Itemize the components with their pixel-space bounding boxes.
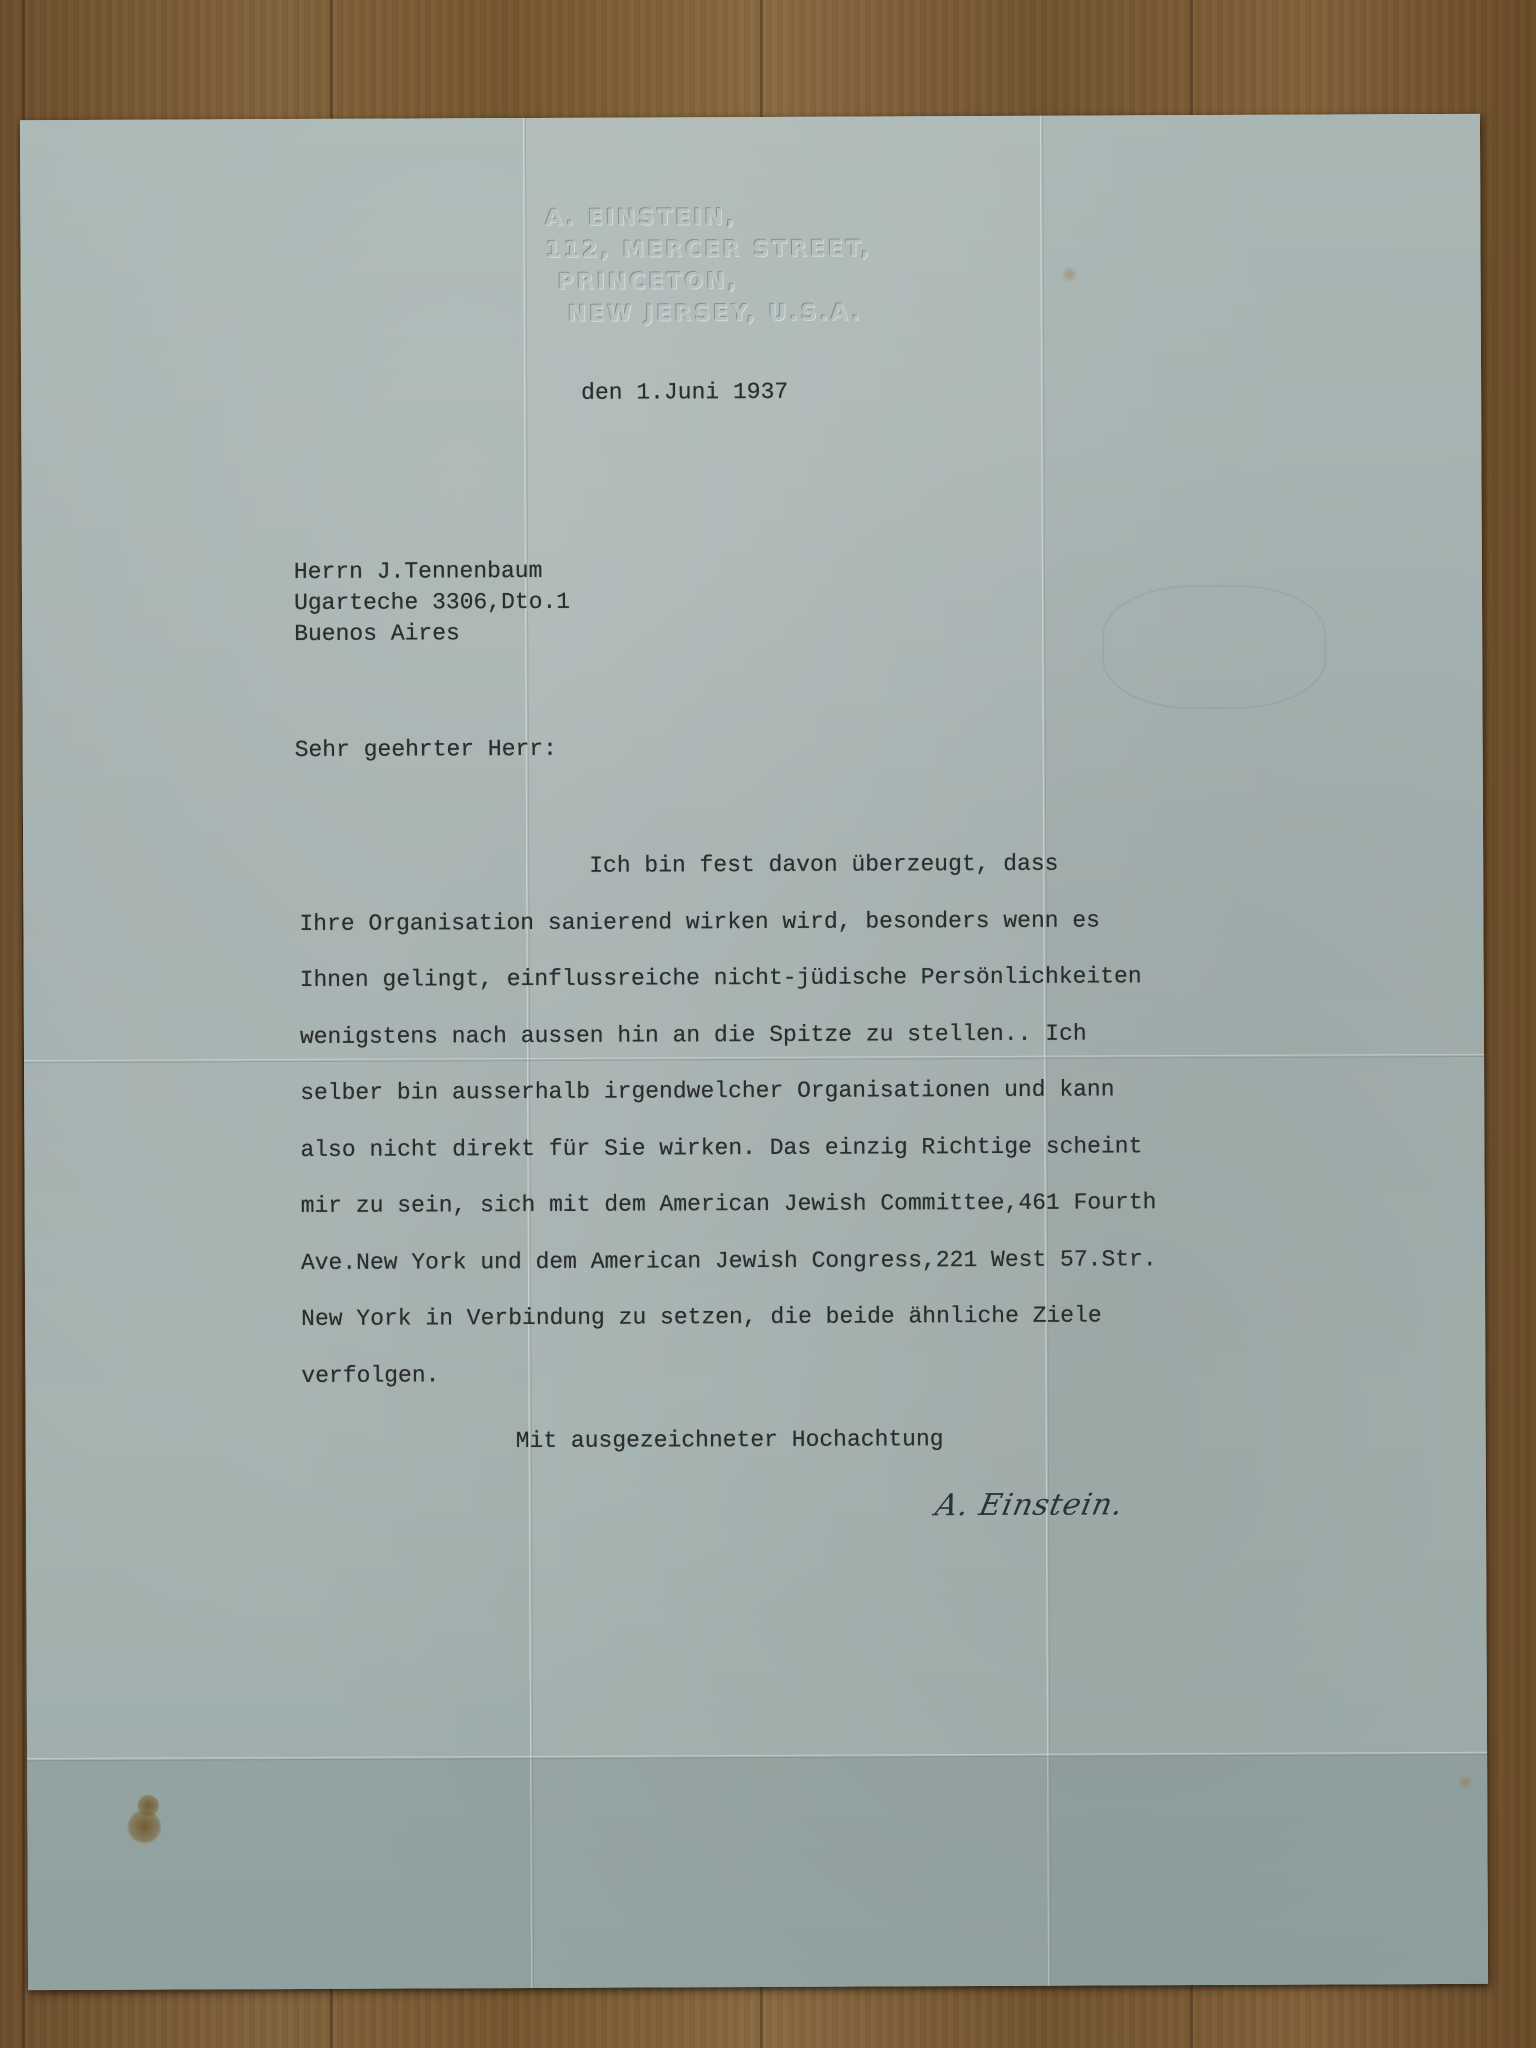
foxing-spot — [1457, 1774, 1473, 1790]
body-line: Ihnen gelingt, einflussreiche nicht-jüdi… — [300, 948, 1156, 1008]
stain-spot — [137, 1795, 159, 1817]
body-line: New York in Verbindung zu setzen, die be… — [301, 1287, 1157, 1347]
recipient-address: Herrn J.Tennenbaum Ugarteche 3306,Dto.1 … — [294, 556, 570, 650]
letter-sheet: A. EINSTEIN, 112, MERCER STREET, PRINCET… — [20, 114, 1488, 1990]
body-line: verfolgen. — [301, 1344, 1157, 1404]
body-line: Ave.New York und dem American Jewish Con… — [301, 1231, 1157, 1291]
recipient-name: Herrn J.Tennenbaum — [294, 556, 570, 588]
recipient-city: Buenos Aires — [294, 618, 570, 650]
body-line: Ihre Organisation sanierend wirken wird,… — [299, 892, 1155, 952]
salutation: Sehr geehrter Herr: — [295, 736, 557, 763]
recipient-street: Ugarteche 3306,Dto.1 — [294, 587, 570, 619]
letterhead-state-country: NEW JERSEY, U.S.A. — [568, 297, 873, 330]
letter-body: Ich bin fest davon überzeugt, dass Ihre … — [299, 835, 1157, 1404]
bottom-fold-band — [27, 1754, 1488, 1990]
body-line: mir zu sein, sich mit dem American Jewis… — [301, 1174, 1157, 1234]
letter-date: den 1.Juni 1937 — [581, 379, 788, 406]
bleed-through-mark — [1102, 584, 1327, 709]
closing-phrase: Mit ausgezeichneter Hochachtung — [516, 1426, 944, 1454]
body-line: wenigstens nach aussen hin an die Spitze… — [300, 1005, 1156, 1065]
embossed-letterhead: A. EINSTEIN, 112, MERCER STREET, PRINCET… — [545, 201, 872, 330]
handwritten-signature: A. Einstein. — [932, 1487, 1127, 1523]
letterhead-city: PRINCETON, — [558, 265, 873, 298]
body-line: also nicht direkt für Sie wirken. Das ei… — [300, 1118, 1156, 1178]
body-line: Ich bin fest davon überzeugt, dass — [299, 835, 1155, 895]
letterhead-street: 112, MERCER STREET, — [545, 233, 872, 266]
letterhead-name: A. EINSTEIN, — [545, 201, 872, 234]
foxing-spot — [1061, 266, 1079, 284]
body-line: selber bin ausserhalb irgendwelcher Orga… — [300, 1061, 1156, 1121]
